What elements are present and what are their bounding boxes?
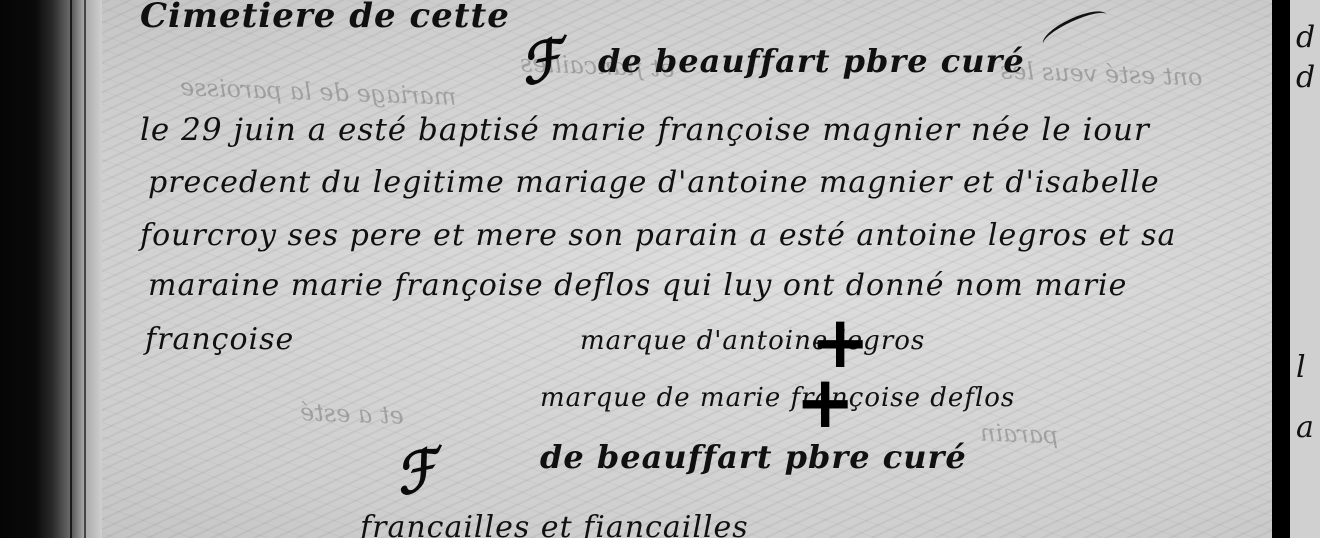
adjacent-page-glyph: a bbox=[1296, 410, 1314, 445]
ink-flourish bbox=[1038, 4, 1111, 54]
godmother-cross-mark: + bbox=[795, 360, 855, 444]
baptism-entry-line-1: le 29 juin a esté baptisé marie françois… bbox=[140, 112, 1150, 148]
gutter-shadow bbox=[1272, 0, 1290, 538]
godfather-mark-label: marque d'antoine legros bbox=[580, 326, 925, 356]
godmother-mark-label: marque de marie françoise deflos bbox=[540, 383, 1015, 413]
adjacent-page-glyph: d bbox=[1296, 60, 1315, 95]
bottom-fragment-line: francailles et fiancailles bbox=[360, 510, 749, 538]
bleed-through-text: et a esté bbox=[300, 398, 405, 430]
baptism-entry-line-2: precedent du legitime mariage d'antoine … bbox=[148, 165, 1160, 200]
adjacent-page-glyph: l bbox=[1296, 350, 1306, 385]
bleed-through-text: mariage de la paroisse bbox=[180, 73, 457, 111]
paraph-flourish: ℱ bbox=[389, 436, 444, 507]
page-edge bbox=[70, 0, 102, 538]
book-binding-shadow bbox=[0, 0, 70, 538]
bleed-through-text: parain bbox=[980, 419, 1060, 450]
baptism-entry-line-4: maraine marie françoise deflos qui luy o… bbox=[148, 268, 1127, 303]
priest-signature-2: de beauffart pbre curé bbox=[540, 438, 967, 476]
bleed-through-text: ont esté veus les bbox=[1000, 56, 1203, 91]
paraph-flourish: ℱ bbox=[514, 26, 569, 97]
baptism-entry-line-5: françoise bbox=[145, 322, 294, 357]
priest-signature: de beauffart pbre curé bbox=[598, 42, 1025, 80]
entry-line-text: le 29 juin a esté baptisé marie françois… bbox=[140, 112, 1150, 148]
page-fold-line bbox=[84, 0, 86, 538]
manuscript-page: et fiancailles mariage de la paroisse on… bbox=[0, 0, 1320, 538]
adjacent-page-glyph: d bbox=[1296, 20, 1315, 55]
top-fragment-line: Cimetiere de cette bbox=[140, 0, 510, 36]
baptism-entry-line-3: fourcroy ses pere et mere son parain a e… bbox=[140, 218, 1176, 253]
